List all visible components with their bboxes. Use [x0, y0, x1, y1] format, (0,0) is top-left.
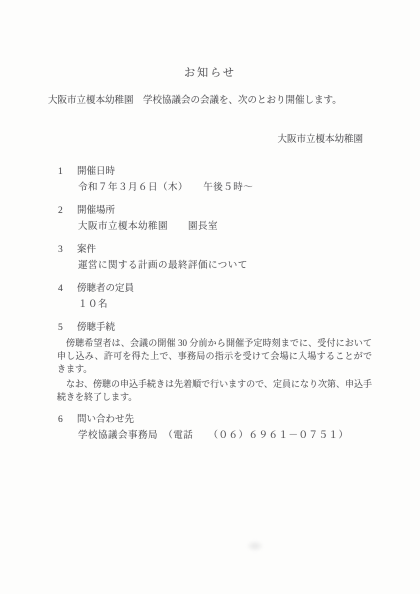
section-number: 6: [58, 413, 64, 427]
section-number: 1: [58, 165, 64, 179]
section-heading-row: 4傍聴者の定員: [0, 282, 420, 296]
procedure-paragraph-2: なお、傍聴の申込手続きは先着順で行いますので、定員になり次第、申込手続きを終了し…: [57, 378, 372, 404]
section-heading-row: 5傍聴手続: [0, 321, 420, 335]
section-number: 4: [58, 282, 64, 296]
procedure-paragraph-1: 傍聴希望者は、会議の開催 30 分前から開催予定時刻までに、受付において申し込み…: [57, 337, 372, 376]
section-datetime: 1開催日時 令和７年３月６日（木） 午後５時～: [0, 165, 420, 195]
section-number: 3: [58, 243, 64, 257]
document-title: お知らせ: [0, 0, 420, 80]
section-body: 学校協議会事務局 （電話 （０６）６９６１－０７５１）: [0, 429, 420, 443]
section-body: 大阪市立榎本幼稚園 園長室: [0, 220, 420, 234]
section-contact: 6問い合わせ先 学校協議会事務局 （電話 （０６）６９６１－０７５１）: [0, 413, 420, 443]
intro-text: 大阪市立榎本幼稚園 学校協議会の会議を、次のとおり開催します。: [48, 95, 380, 108]
section-body: 運営に関する計画の最終評価について: [0, 259, 420, 273]
section-heading-row: 2開催場所: [0, 204, 420, 218]
section-heading-row: 1開催日時: [0, 165, 420, 179]
section-number: 5: [58, 321, 64, 335]
section-heading: 開催場所: [77, 206, 115, 216]
section-agenda: 3案件 運営に関する計画の最終評価について: [0, 243, 420, 273]
section-number: 2: [58, 204, 64, 218]
section-list: 1開催日時 令和７年３月６日（木） 午後５時～ 2開催場所 大阪市立榎本幼稚園 …: [0, 165, 420, 443]
section-venue: 2開催場所 大阪市立榎本幼稚園 園長室: [0, 204, 420, 234]
scan-smudge-artifact: [246, 540, 264, 552]
section-heading-row: 6問い合わせ先: [0, 413, 420, 427]
section-heading: 傍聴手続: [77, 323, 115, 333]
section-heading: 開催日時: [77, 167, 115, 177]
section-heading: 傍聴者の定員: [77, 284, 134, 294]
section-heading: 案件: [77, 245, 96, 255]
section-capacity: 4傍聴者の定員 １０名: [0, 282, 420, 312]
notice-document: お知らせ 大阪市立榎本幼稚園 学校協議会の会議を、次のとおり開催します。 大阪市…: [0, 0, 420, 594]
section-procedure: 5傍聴手続 傍聴希望者は、会議の開催 30 分前から開催予定時刻までに、受付にお…: [0, 321, 420, 404]
section-heading-row: 3案件: [0, 243, 420, 257]
issuer-name: 大阪市立榎本幼稚園: [0, 134, 363, 147]
section-body: 令和７年３月６日（木） 午後５時～: [0, 181, 420, 195]
section-body: １０名: [0, 298, 420, 312]
section-heading: 問い合わせ先: [77, 415, 134, 425]
